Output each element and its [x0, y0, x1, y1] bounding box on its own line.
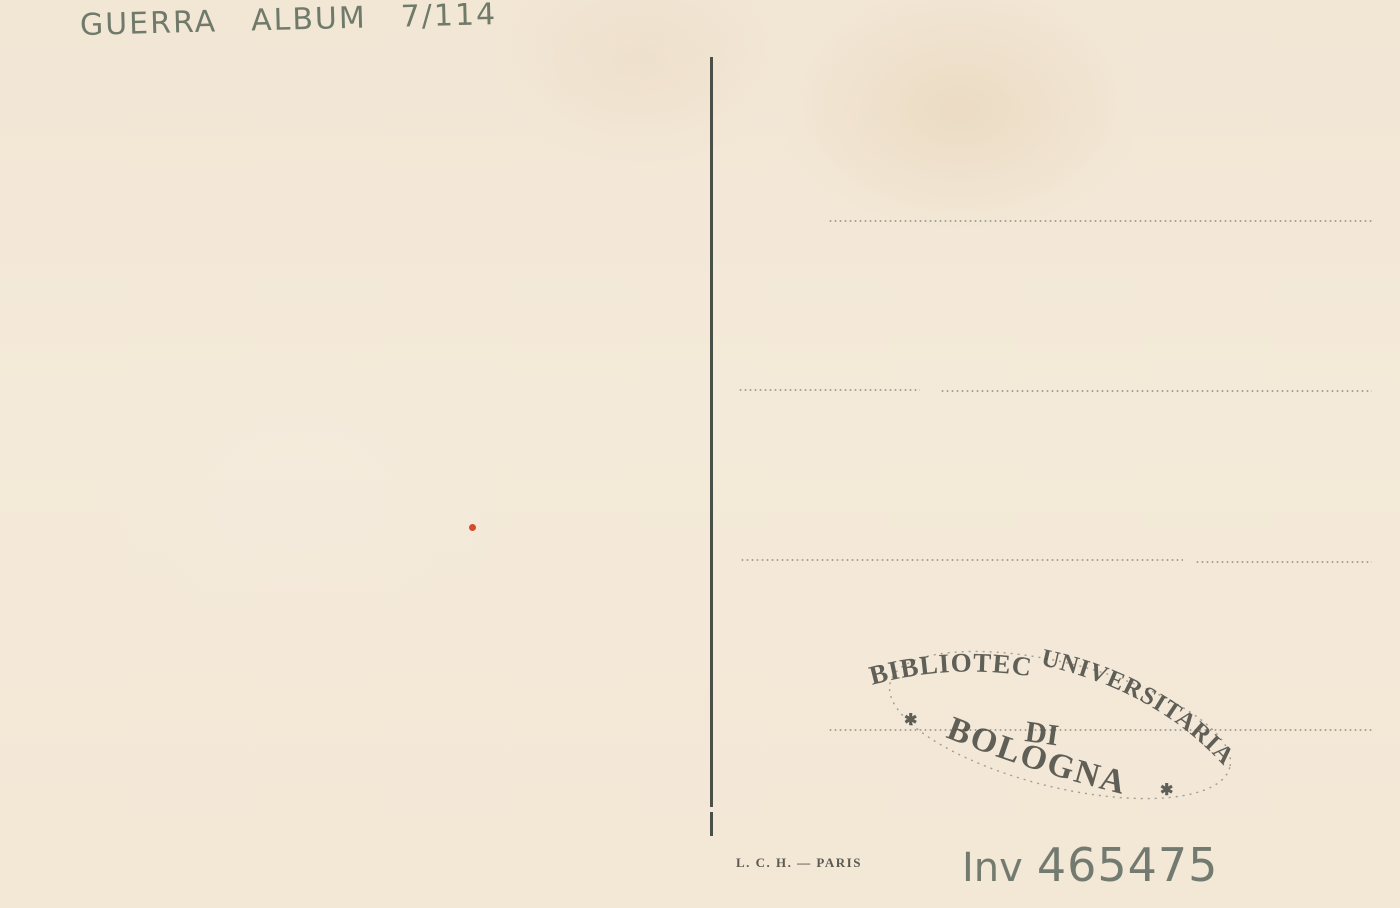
address-line-2a — [738, 389, 920, 391]
stamp-text-biblioteca: BIBLIOTECA — [850, 601, 1034, 691]
stamp-ornament-left-icon: ✱ — [904, 712, 917, 729]
svg-text:BIBLIOTECA: BIBLIOTECA — [850, 601, 1034, 691]
album-note-number: 7/114 — [400, 0, 497, 35]
printer-imprint: L. C. H. — PARIS — [736, 855, 862, 871]
handwritten-inventory-number: Inv465475 — [962, 838, 1218, 892]
center-divider-line-tail — [710, 812, 713, 836]
album-note-word2: ALBUM — [251, 0, 368, 38]
handwritten-album-note: GUERRAALBUM7/114 — [80, 0, 498, 43]
inventory-number: 465475 — [1037, 838, 1219, 892]
library-stamp: BIBLIOTECA UNIVERSITARIA DI BOLOGNA ✱ ✱ — [860, 625, 1260, 815]
address-line-2b — [940, 390, 1372, 392]
stamp-ornament-right-icon: ✱ — [1160, 782, 1173, 799]
address-line-3a — [740, 559, 1183, 561]
album-note-word1: GUERRA — [80, 4, 218, 43]
postcard-back: GUERRAALBUM7/114 BIBLIOTECA UNIVERSITARI… — [0, 0, 1400, 908]
address-line-1 — [828, 220, 1372, 222]
address-line-3b — [1195, 561, 1372, 563]
library-stamp-graphic: BIBLIOTECA UNIVERSITARIA DI BOLOGNA ✱ ✱ — [860, 625, 1260, 815]
center-divider-line — [710, 57, 713, 807]
inventory-label: Inv — [962, 845, 1023, 891]
red-ink-dot — [469, 524, 476, 531]
